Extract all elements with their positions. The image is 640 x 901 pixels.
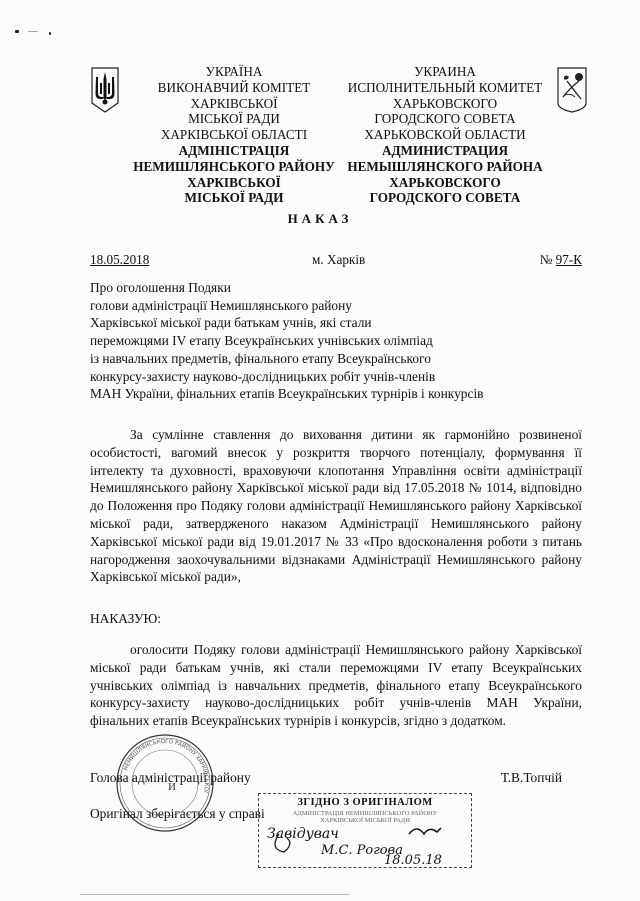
document-city: м. Харків xyxy=(312,252,365,268)
document-meta: 18.05.2018 м. Харків № 97-К xyxy=(90,252,582,270)
scan-edge-line xyxy=(80,894,350,895)
certified-copy-stamp: ЗГІДНО З ОРИГІНАЛОМ АДМІНІСТРАЦІЯ НЕМИШЛ… xyxy=(258,793,472,868)
letterhead-ukrainian: УКРАЇНА ВИКОНАВЧИЙ КОМІТЕТ ХАРКІВСЬКОЇ М… xyxy=(130,64,338,206)
signatory-name: Т.В.Топчій xyxy=(501,770,562,786)
letterhead-line: ХАРКІВСЬКОЇ xyxy=(130,175,338,191)
subject-line: із навчальних предметів, фінального етап… xyxy=(90,350,560,368)
letterhead-line: МІСЬКОЇ РАДИ xyxy=(130,111,338,127)
scan-speck xyxy=(28,31,38,32)
number-value: 97-К xyxy=(556,252,582,267)
scan-speck xyxy=(49,32,51,35)
letterhead-line: ХАРКІВСЬКОЇ ОБЛАСТІ xyxy=(130,127,338,143)
number-prefix: № xyxy=(540,252,553,267)
letterhead: УКРАЇНА ВИКОНАВЧИЙ КОМІТЕТ ХАРКІВСЬКОЇ М… xyxy=(0,64,640,194)
handwritten-date: 18.05.18 xyxy=(384,853,442,867)
order-label: НАКАЗУЮ: xyxy=(90,611,161,627)
letterhead-line: МІСЬКОЇ РАДИ xyxy=(130,190,338,206)
handwritten-signatures: Завідувач М.С. Рогова 18.05.18 xyxy=(259,794,471,867)
letterhead-line: НЕМИШЛЯНСЬКОГО РАЙОНУ xyxy=(130,159,338,175)
document-title: НАКАЗ xyxy=(0,211,640,227)
letterhead-line: ХАРЬКОВСКОГО xyxy=(340,175,550,191)
letterhead-line: АДМИНИСТРАЦИЯ xyxy=(340,143,550,159)
subject-line: конкурсу-захисту науково-дослідницьких р… xyxy=(90,368,560,386)
subject-line: МАН України, фінальних етапів Всеукраїнс… xyxy=(90,385,560,403)
preamble-paragraph: За сумлінне ставлення до виховання дитин… xyxy=(90,426,582,586)
handwritten-position: Завідувач xyxy=(267,826,339,842)
letterhead-line: УКРАИНА xyxy=(340,64,550,80)
letterhead-line: ГОРОДСКОГО СОВЕТА xyxy=(340,190,550,206)
letterhead-line: УКРАЇНА xyxy=(130,64,338,80)
letterhead-line: ГОРОДСКОГО СОВЕТА xyxy=(340,111,550,127)
document-number: № 97-К xyxy=(540,252,582,268)
scan-speck xyxy=(15,30,19,33)
signature-row: Голова адміністрації району Т.В.Топчій xyxy=(90,770,582,786)
letterhead-line: ИСПОЛНИТЕЛЬНЫЙ КОМИТЕТ xyxy=(340,80,550,96)
letterhead-line: АДМІНІСТРАЦІЯ xyxy=(130,143,338,159)
subject-line: переможцями IV етапу Всеукраїнських учні… xyxy=(90,332,560,350)
letterhead-line: НЕМЫШЛЯНСКОГО РАЙОНА xyxy=(340,159,550,175)
original-note: Оригінал зберігається у справі xyxy=(90,806,265,822)
order-paragraph: оголосити Подяку голови адміністрації Не… xyxy=(90,641,582,730)
letterhead-line: ХАРЬКОВСКОГО xyxy=(340,96,550,112)
document-page: УКРАЇНА ВИКОНАВЧИЙ КОМІТЕТ ХАРКІВСЬКОЇ М… xyxy=(0,0,640,901)
subject-line: голови адміністрації Немишлянського райо… xyxy=(90,297,560,315)
letterhead-line: ХАРЬКОВСКОЙ ОБЛАСТИ xyxy=(340,127,550,143)
letterhead-line: ХАРКІВСЬКОЇ xyxy=(130,96,338,112)
subject-line: Про оголошення Подяки xyxy=(90,279,560,297)
document-subject: Про оголошення Подяки голови адміністрац… xyxy=(90,279,560,403)
signatory-title: Голова адміністрації району xyxy=(90,770,251,785)
letterhead-line: ВИКОНАВЧИЙ КОМІТЕТ xyxy=(130,80,338,96)
letterhead-russian: УКРАИНА ИСПОЛНИТЕЛЬНЫЙ КОМИТЕТ ХАРЬКОВСК… xyxy=(340,64,550,206)
subject-line: Харківської міської ради батькам учнів, … xyxy=(90,314,560,332)
document-date: 18.05.2018 xyxy=(90,252,149,268)
